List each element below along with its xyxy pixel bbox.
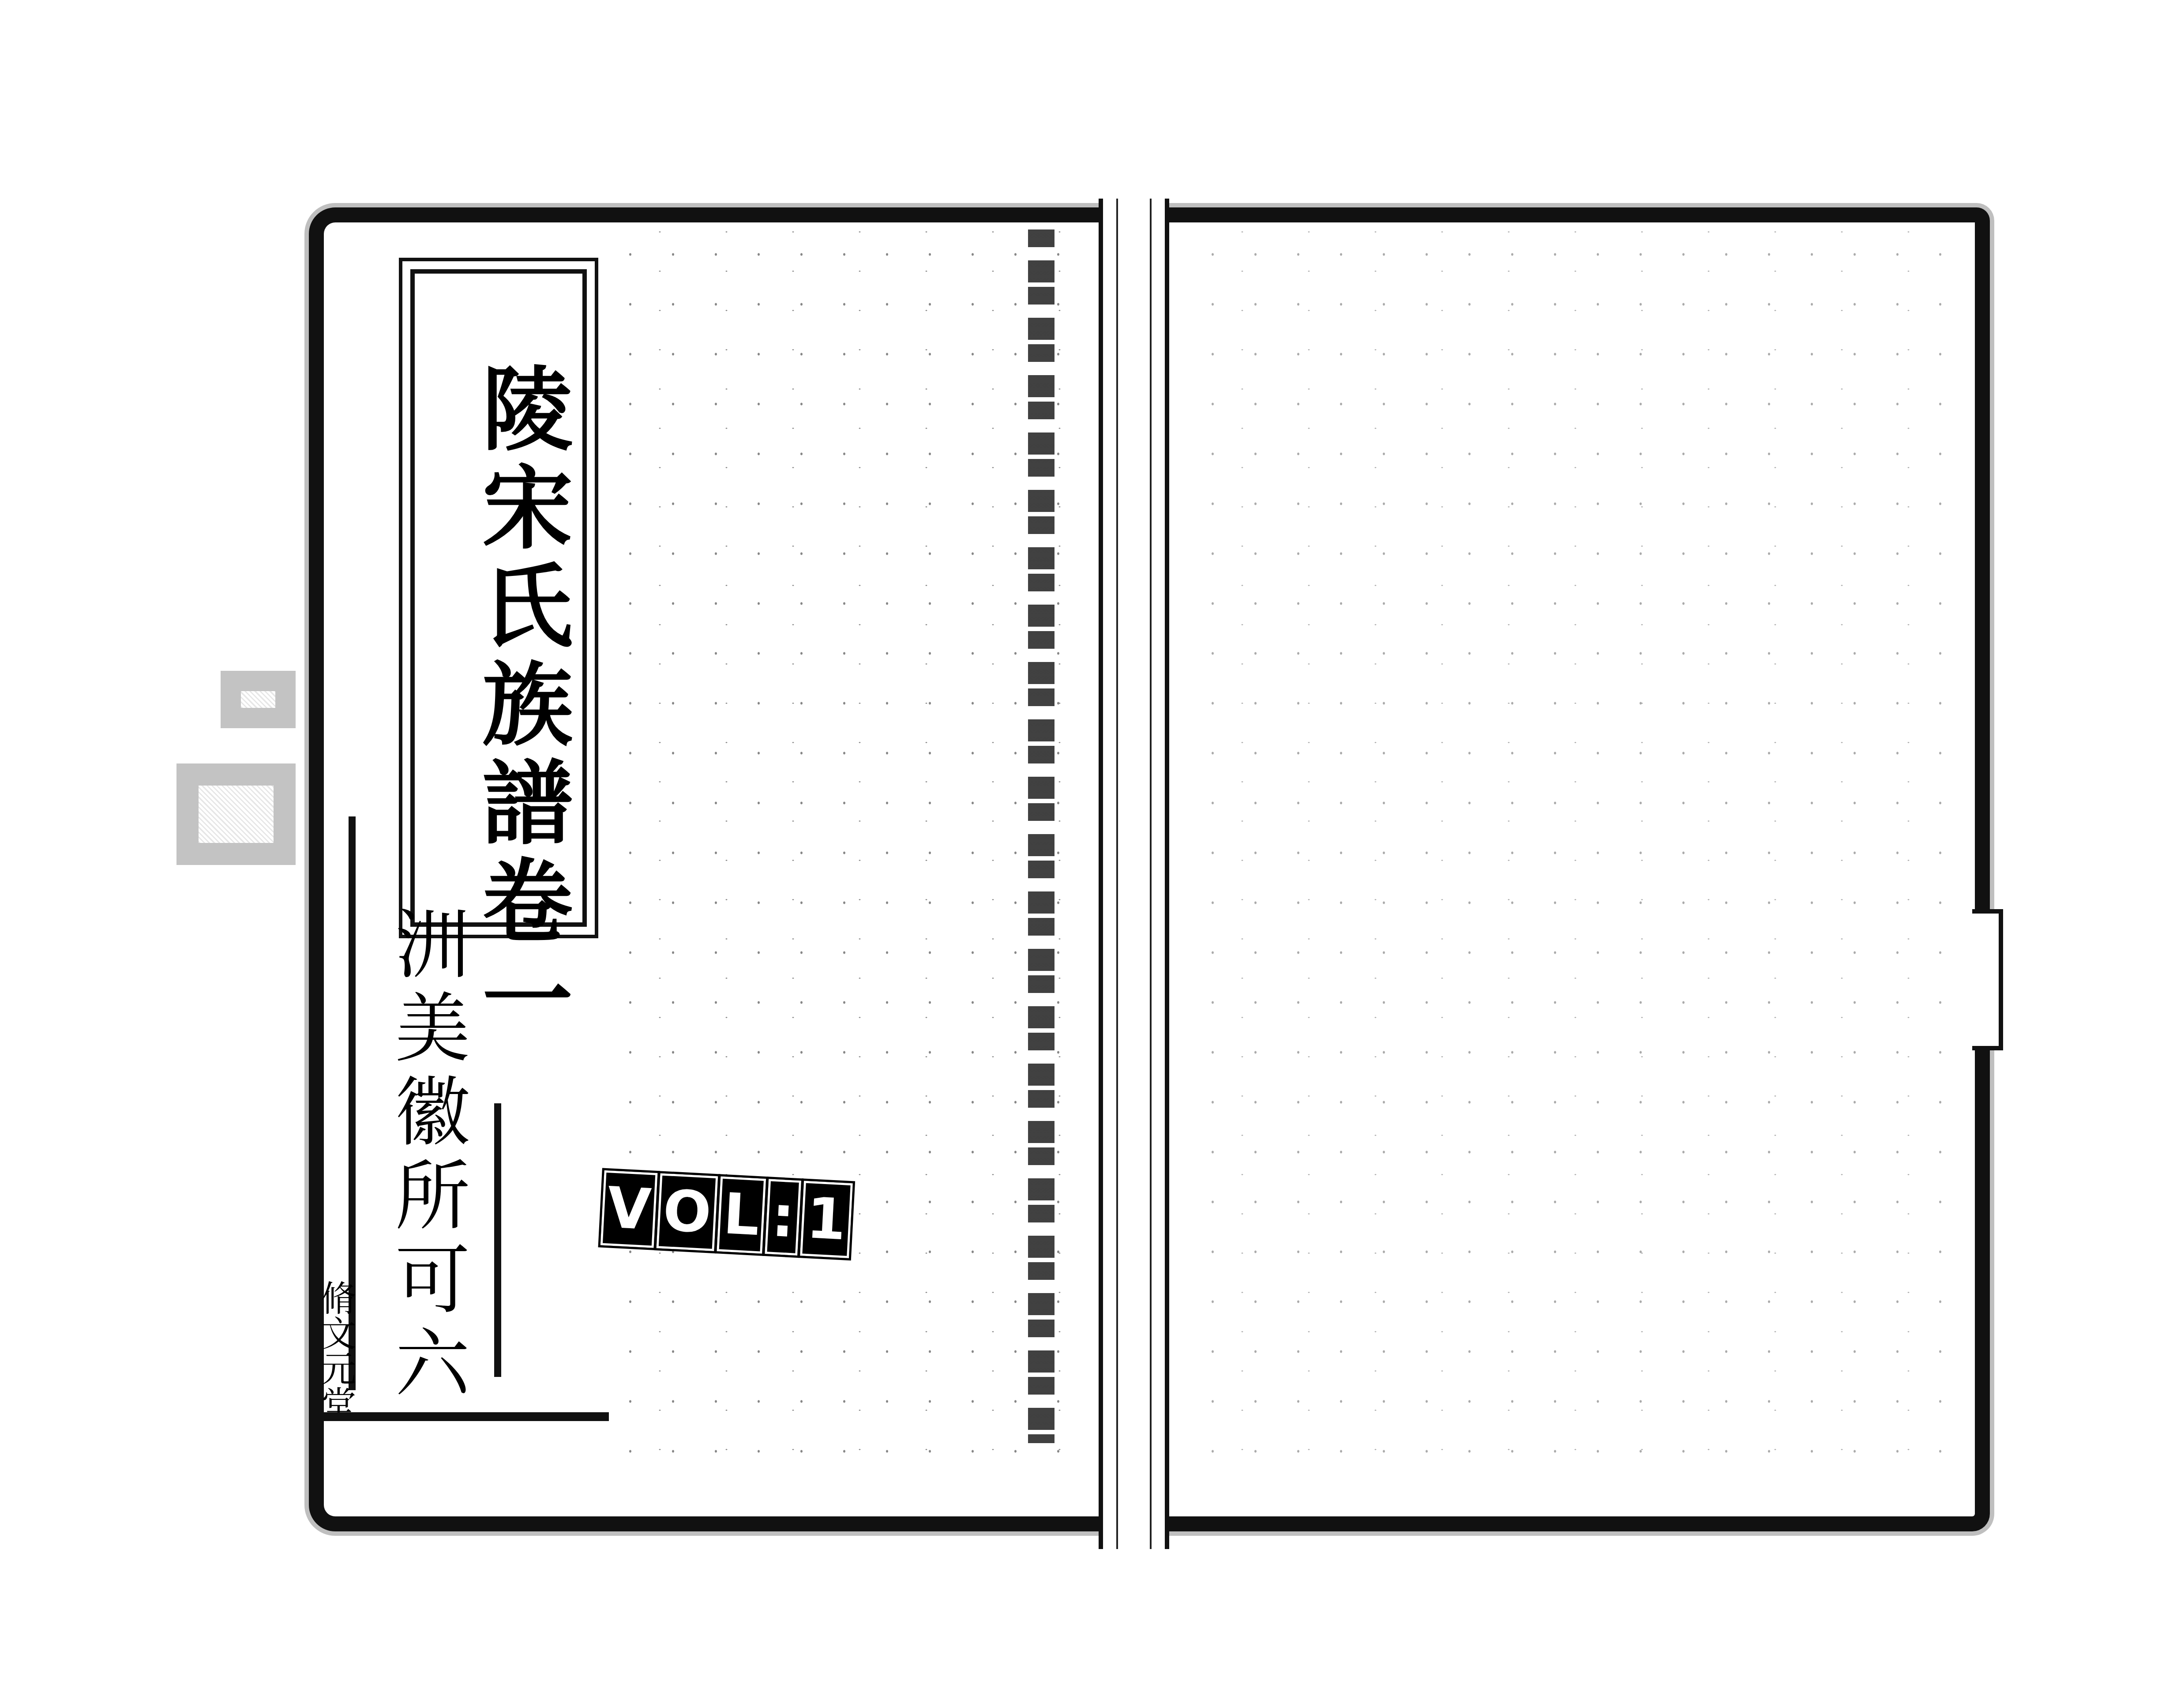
- vol-letter: V: [600, 1170, 658, 1248]
- ghost-box-bottom: [176, 763, 296, 865]
- bottom-frame-rule: [318, 1412, 609, 1421]
- vol-letter: L: [717, 1177, 766, 1254]
- vol-letter: O: [657, 1173, 718, 1251]
- front-cover-stains: [609, 229, 1077, 1465]
- volume-sticker: V O L : 1: [600, 1170, 745, 1253]
- right-edge-clip: [1972, 909, 2003, 1050]
- back-cover-stains: [1191, 229, 1963, 1487]
- vol-number: 1: [800, 1181, 853, 1258]
- publisher-mark: 脩文元堂: [318, 1280, 353, 1421]
- subtitle-column: 汌美徽所可六: [375, 905, 463, 1408]
- front-cover-torn-edge: [1028, 229, 1054, 1443]
- vol-letter: :: [765, 1179, 801, 1256]
- background-ghost-glyph: [168, 644, 313, 891]
- book-spine: [1099, 199, 1169, 1549]
- column-rule-right: [494, 1103, 501, 1377]
- ghost-box-top: [221, 671, 296, 728]
